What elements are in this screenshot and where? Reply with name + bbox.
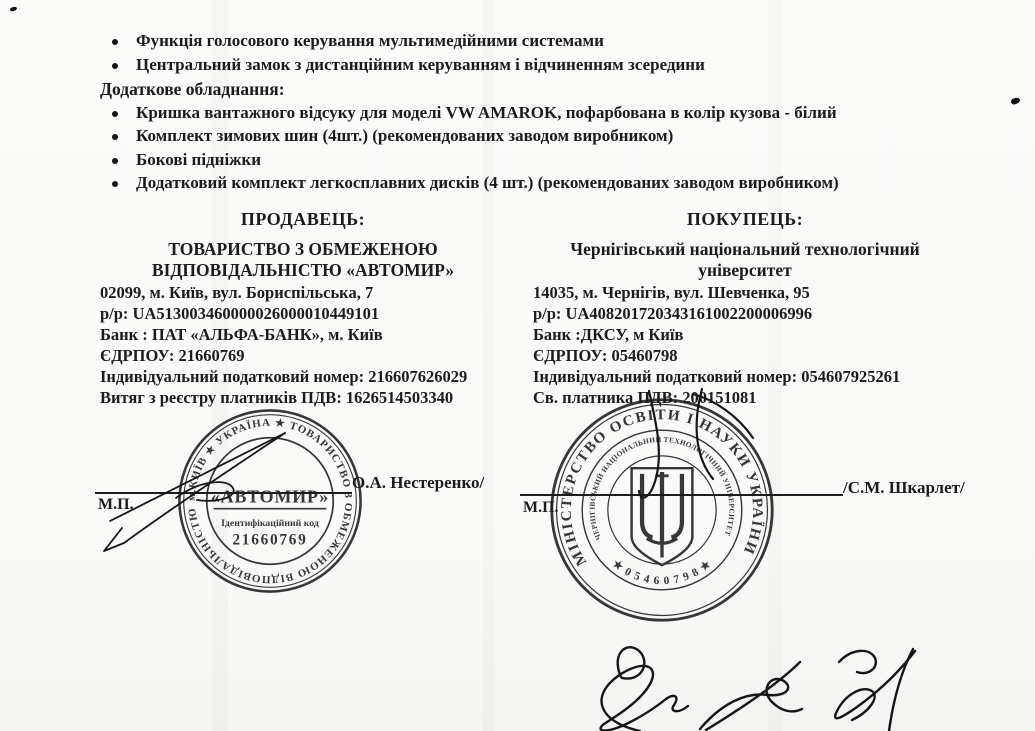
seller-details: 02099, м. Київ, вул. Бориспільська, 7 р/… <box>100 282 506 408</box>
seller-heading: ПРОДАВЕЦЬ: <box>100 209 506 230</box>
list-item: Додатковий комплект легкосплавних дисків… <box>100 173 980 197</box>
seller-bank: Банк : ПАТ «АЛЬФА-БАНК», м. Київ <box>100 324 506 345</box>
svg-text:★ 0 5 4 6 0 7 9 8 ★: ★ 0 5 4 6 0 7 9 8 ★ <box>610 558 714 587</box>
buyer-round-stamp: МІНІСТЕРСТВО ОСВІТИ І НАУКИ УКРАЇНИ ЧЕРН… <box>548 396 776 624</box>
bullet-icon <box>112 158 118 164</box>
seller-mp-label: М.П. <box>98 496 134 514</box>
bottom-signature-3 <box>835 649 915 731</box>
scanned-contract-page: Функція голосового керування мультимедій… <box>0 0 1035 731</box>
trident-icon <box>632 468 693 565</box>
seller-stamp-code-label: Ідентифікаційний код <box>221 518 319 529</box>
seller-account: р/р: UA513003460000026000010449101 <box>100 303 506 324</box>
seller-round-stamp: м.КИЇВ ★ УКРАЇНА ★ ТОВАРИСТВО З ОБМЕЖЕНО… <box>176 407 364 595</box>
buyer-edrpou: ЄДРПОУ: 05460798 <box>533 345 957 366</box>
buyer-name-line1: Чернігівський національний технологічний <box>533 239 957 260</box>
list-item-text: Центральний замок з дистанційним керуван… <box>136 55 705 74</box>
bullet-icon <box>112 63 118 69</box>
bullet-icon <box>112 39 118 45</box>
seller-vat-extract: Витяг з реєстру платників ПДВ: 162651450… <box>100 387 506 408</box>
bottom-signature-1 <box>601 647 688 731</box>
buyer-bank: Банк :ДКСУ, м Київ <box>533 324 957 345</box>
buyer-tax-number: Індивідуальний податковий номер: 0546079… <box>533 366 957 387</box>
seller-name-line1: ТОВАРИСТВО З ОБМЕЖЕНОЮ <box>100 239 506 260</box>
list-item-text: Бокові підніжки <box>136 150 261 169</box>
buyer-block: ПОКУПЕЦЬ: Чернігівський національний тех… <box>533 209 957 408</box>
list-item: Центральний замок з дистанційним керуван… <box>100 55 980 79</box>
buyer-address: 14035, м. Чернігів, вул. Шевченка, 95 <box>533 282 957 303</box>
list-item: Кришка вантажного відсуку для моделі VW … <box>100 103 980 127</box>
buyer-heading: ПОКУПЕЦЬ: <box>533 209 957 230</box>
seller-signatory-name: О.А. Нестеренко/ <box>352 473 484 493</box>
bullet-icon <box>112 111 118 117</box>
list-item: Комплект зимових шин (4шт.) (рекомендова… <box>100 126 980 150</box>
list-item-text: Кришка вантажного відсуку для моделі VW … <box>136 103 837 122</box>
buyer-signatory-name: /С.М. Шкарлет/ <box>843 478 965 498</box>
seller-edrpou: ЄДРПОУ: 21660769 <box>100 345 506 366</box>
list-item-text: Додатковий комплект легкосплавних дисків… <box>136 173 839 192</box>
bullet-icon <box>112 181 118 187</box>
scan-speck <box>1010 96 1021 105</box>
list-item: Функція голосового керування мультимедій… <box>100 31 980 55</box>
seller-name-line2: ВІДПОВІДАЛЬНІСТЮ «АВТОМИР» <box>100 260 506 281</box>
seller-address: 02099, м. Київ, вул. Бориспільська, 7 <box>100 282 506 303</box>
section-heading: Додаткове обладнання: <box>100 79 980 103</box>
equipment-list-section: Функція голосового керування мультимедій… <box>100 31 980 197</box>
buyer-stamp-code: ★ 0 5 4 6 0 7 9 8 ★ <box>610 558 714 587</box>
scan-speck <box>10 6 18 12</box>
list-item-text: Функція голосового керування мультимедій… <box>136 31 604 50</box>
buyer-account: р/р: UA408201720343161002200006996 <box>533 303 957 324</box>
buyer-name-line2: університет <box>533 260 957 281</box>
seller-tax-number: Індивідуальний податковий номер: 2166076… <box>100 366 506 387</box>
seller-block: ПРОДАВЕЦЬ: ТОВАРИСТВО З ОБМЕЖЕНОЮ ВІДПОВ… <box>100 209 506 408</box>
seller-stamp-code: 21660769 <box>232 532 307 549</box>
list-item-text: Комплект зимових шин (4шт.) (рекомендова… <box>136 126 673 145</box>
bullet-icon <box>112 134 118 140</box>
bottom-signature-2 <box>700 662 802 730</box>
list-item: Бокові підніжки <box>100 150 980 174</box>
seller-stamp-name: «АВТОМИР» <box>211 487 329 507</box>
buyer-details: 14035, м. Чернігів, вул. Шевченка, 95 р/… <box>533 282 957 408</box>
